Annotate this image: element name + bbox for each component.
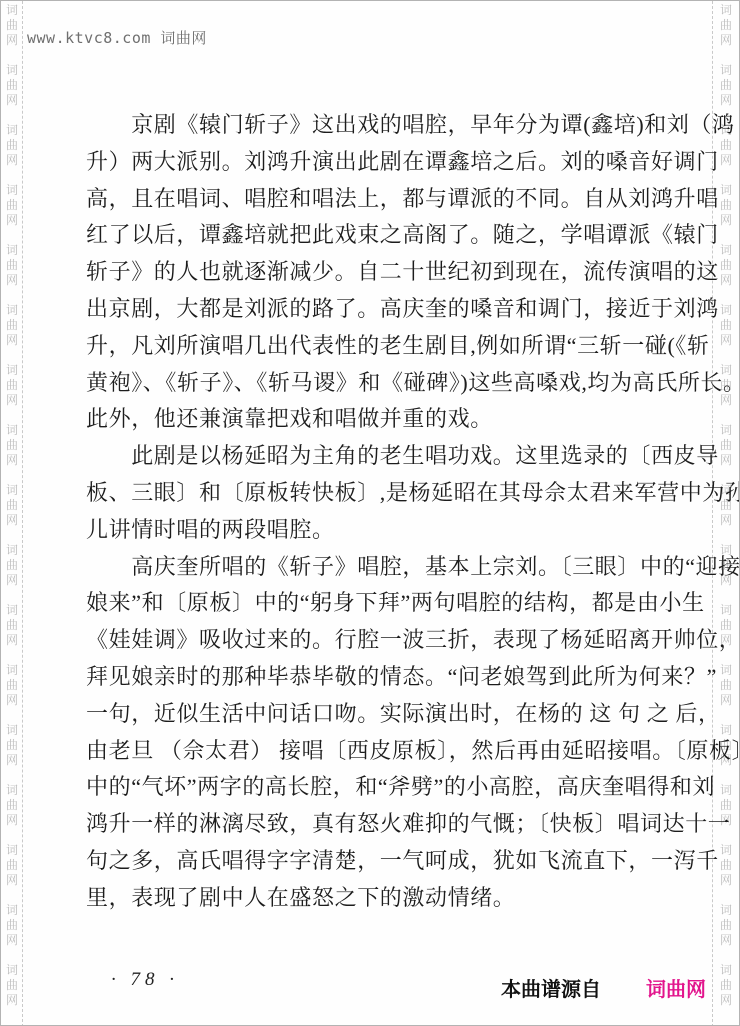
side-watermark-group: 词曲网 <box>6 303 18 348</box>
text-line: 鸿升一样的淋漓尽致，真有怒火难抑的气慨；〔快板〕唱词达十一 <box>86 806 710 843</box>
side-watermark-group: 词曲网 <box>6 663 18 708</box>
side-watermark-group: 词曲网 <box>720 423 732 468</box>
page-number: · 78 · <box>111 969 179 991</box>
text-line: 《娃娃调》吸收过来的。行腔一波三折，表现了杨延昭离开帅位， <box>86 622 710 659</box>
side-watermark-char: 网 <box>720 333 732 348</box>
side-watermark-group: 词曲网 <box>6 603 18 648</box>
side-watermark-char: 词 <box>6 903 18 918</box>
side-watermark-char: 词 <box>720 3 732 18</box>
text-line: 由老旦 （佘太君） 接唱〔西皮原板〕，然后再由延昭接唱。〔原板〕 <box>86 733 710 770</box>
side-watermark-char: 曲 <box>6 258 18 273</box>
side-watermark-char: 曲 <box>6 738 18 753</box>
side-watermark-char: 词 <box>6 723 18 738</box>
side-watermark-group: 词曲网 <box>6 483 18 528</box>
side-watermark-char: 曲 <box>720 138 732 153</box>
side-watermark-char: 网 <box>6 333 18 348</box>
side-watermark-char: 曲 <box>720 918 732 933</box>
side-watermark-char: 词 <box>720 843 732 858</box>
side-watermark-char: 词 <box>6 963 18 978</box>
side-watermark-char: 曲 <box>6 678 18 693</box>
side-watermark-char: 曲 <box>6 378 18 393</box>
side-watermark-char: 网 <box>720 273 732 288</box>
side-watermark-char: 词 <box>720 243 732 258</box>
side-watermark-char: 词 <box>6 63 18 78</box>
side-watermark-char: 曲 <box>720 858 732 873</box>
source-label: 本曲谱源自 <box>501 973 601 1002</box>
text-line: 一句，近似生活中问话口吻。实际演出时，在杨的 这 句 之 后， <box>86 696 710 733</box>
side-watermark-group: 词曲网 <box>720 903 732 948</box>
side-watermark-char: 词 <box>6 243 18 258</box>
side-watermark-char: 网 <box>720 933 732 948</box>
side-watermark-group: 词曲网 <box>6 123 18 168</box>
side-watermark-char: 词 <box>6 183 18 198</box>
side-watermark-char: 网 <box>6 573 18 588</box>
side-watermark-char: 词 <box>6 363 18 378</box>
scanned-book-page: 词曲网词曲网词曲网词曲网词曲网词曲网词曲网词曲网词曲网词曲网词曲网词曲网词曲网词… <box>0 0 740 1026</box>
side-watermark-group: 词曲网 <box>720 963 732 1008</box>
side-watermark-group: 词曲网 <box>720 63 732 108</box>
side-watermark-char: 网 <box>6 933 18 948</box>
side-watermark-char: 网 <box>720 453 732 468</box>
side-watermark-char: 曲 <box>6 78 18 93</box>
side-watermark-char: 网 <box>720 993 732 1008</box>
side-watermark-char: 曲 <box>6 918 18 933</box>
side-watermark-char: 曲 <box>720 258 732 273</box>
side-watermark-char: 网 <box>6 513 18 528</box>
side-watermark-char: 网 <box>720 213 732 228</box>
side-watermark-char: 曲 <box>6 138 18 153</box>
side-watermark-char: 词 <box>720 663 732 678</box>
side-watermark-char: 曲 <box>6 798 18 813</box>
side-watermark-char: 词 <box>6 843 18 858</box>
side-watermark-char: 曲 <box>720 438 732 453</box>
side-watermark-char: 曲 <box>6 438 18 453</box>
side-watermark-char: 网 <box>720 153 732 168</box>
side-watermark-group: 词曲网 <box>6 543 18 588</box>
side-watermark-group: 词曲网 <box>6 363 18 408</box>
text-line: 句之多，高氏唱得字字清楚，一气呵成，犹如飞流直下，一泻千 <box>86 843 710 880</box>
side-watermark-char: 曲 <box>6 18 18 33</box>
side-watermark-group: 词曲网 <box>720 183 732 228</box>
side-watermark-char: 网 <box>6 873 18 888</box>
side-watermark-char: 词 <box>720 903 732 918</box>
article-text-block: 京剧《辕门斩子》这出戏的唱腔，早年分为谭(鑫培)和刘（鸿升）两大派别。刘鸿升演出… <box>86 107 710 917</box>
side-watermark-char: 词 <box>720 423 732 438</box>
side-watermark-char: 词 <box>720 603 732 618</box>
side-watermark-char: 词 <box>6 663 18 678</box>
side-watermark-char: 网 <box>6 813 18 828</box>
side-watermark-char: 词 <box>6 303 18 318</box>
side-watermark-char: 曲 <box>720 18 732 33</box>
side-watermark-char: 网 <box>720 93 732 108</box>
side-watermark-char: 网 <box>6 693 18 708</box>
side-watermark-char: 词 <box>720 963 732 978</box>
side-watermark-char: 词 <box>720 183 732 198</box>
text-line: 此剧是以杨延昭为主角的老生唱功戏。这里选录的〔西皮导 <box>86 438 710 475</box>
side-watermark-char: 网 <box>720 873 732 888</box>
side-watermark-char: 曲 <box>6 858 18 873</box>
text-line: 高，且在唱词、唱腔和唱法上，都与谭派的不同。自从刘鸿升唱 <box>86 181 710 218</box>
text-line: 儿讲情时唱的两段唱腔。 <box>86 512 710 549</box>
side-watermark-char: 网 <box>6 393 18 408</box>
side-watermark-group: 词曲网 <box>6 243 18 288</box>
side-watermark-char: 网 <box>720 33 732 48</box>
side-watermark-char: 词 <box>6 423 18 438</box>
side-watermark-char: 词 <box>6 543 18 558</box>
text-line: 拜见娘亲时的那种毕恭毕敬的情态。“问老娘驾到此所为何来？” <box>86 659 710 696</box>
side-watermark-char: 词 <box>6 783 18 798</box>
text-line: 出京剧，大都是刘派的路了。高庆奎的嗓音和调门，接近于刘鸿 <box>86 291 710 328</box>
text-line: 板、三眼〕和〔原板转快板〕,是杨延昭在其母佘太君来军营中为孙 <box>86 475 710 512</box>
text-line: 京剧《辕门斩子》这出戏的唱腔，早年分为谭(鑫培)和刘（鸿 <box>86 107 710 144</box>
side-watermark-group: 词曲网 <box>6 3 18 48</box>
text-line: 里，表现了剧中人在盛怒之下的激动情绪。 <box>86 880 710 917</box>
side-watermark-group: 词曲网 <box>720 3 732 48</box>
left-dashed-rule <box>22 1 23 1026</box>
side-watermark-char: 网 <box>6 213 18 228</box>
side-watermark-char: 词 <box>720 783 732 798</box>
side-watermark-char: 网 <box>720 393 732 408</box>
side-watermark-group: 词曲网 <box>6 423 18 468</box>
side-watermark-char: 网 <box>6 33 18 48</box>
side-watermark-group: 词曲网 <box>6 183 18 228</box>
text-line: 升，凡刘所演唱几出代表性的老生剧目,例如所谓“三斩一碰(《斩 <box>86 328 710 365</box>
side-watermark-char: 曲 <box>720 318 732 333</box>
side-watermark-char: 词 <box>6 603 18 618</box>
side-watermark-char: 曲 <box>6 498 18 513</box>
side-watermark-char: 曲 <box>720 978 732 993</box>
side-watermark-char: 曲 <box>720 678 732 693</box>
side-watermark-char: 曲 <box>6 978 18 993</box>
side-watermark-char: 网 <box>6 273 18 288</box>
side-watermark-char: 词 <box>720 303 732 318</box>
side-watermark-group: 词曲网 <box>6 903 18 948</box>
text-line: 此外，他还兼演靠把戏和唱做并重的戏。 <box>86 401 710 438</box>
side-watermark-char: 曲 <box>720 78 732 93</box>
text-line: 斩子》的人也就逐渐减少。自二十世纪初到现在，流传演唱的这 <box>86 254 710 291</box>
side-watermark-char: 词 <box>720 63 732 78</box>
side-watermark-char: 曲 <box>720 198 732 213</box>
text-line: 娘来”和〔原板〕中的“躬身下拜”两句唱腔的结构，都是由小生 <box>86 585 710 622</box>
side-watermark-char: 词 <box>6 3 18 18</box>
left-watermark-column: 词曲网词曲网词曲网词曲网词曲网词曲网词曲网词曲网词曲网词曲网词曲网词曲网词曲网词… <box>4 3 20 1023</box>
text-line: 中的“气坏”两字的高长腔，和“斧劈”的小高腔，高庆奎唱得和刘 <box>86 769 710 806</box>
side-watermark-group: 词曲网 <box>720 303 732 348</box>
source-brand-logo: 词曲网 <box>646 973 706 1002</box>
side-watermark-group: 词曲网 <box>720 663 732 708</box>
side-watermark-char: 曲 <box>6 198 18 213</box>
side-watermark-group: 词曲网 <box>6 963 18 1008</box>
side-watermark-group: 词曲网 <box>720 243 732 288</box>
side-watermark-char: 词 <box>6 123 18 138</box>
side-watermark-group: 词曲网 <box>6 63 18 108</box>
side-watermark-char: 词 <box>6 483 18 498</box>
side-watermark-char: 网 <box>6 993 18 1008</box>
side-watermark-group: 词曲网 <box>6 843 18 888</box>
side-watermark-group: 词曲网 <box>6 723 18 768</box>
side-watermark-group: 词曲网 <box>720 843 732 888</box>
side-watermark-char: 网 <box>720 513 732 528</box>
side-watermark-char: 网 <box>720 693 732 708</box>
side-watermark-char: 网 <box>6 633 18 648</box>
text-line: 黄袍》、《斩子》、《斩马谡》和《碰碑》)这些高嗓戏,均为高氏所长。 <box>86 365 710 402</box>
right-watermark-column: 词曲网词曲网词曲网词曲网词曲网词曲网词曲网词曲网词曲网词曲网词曲网词曲网词曲网词… <box>718 3 734 1023</box>
side-watermark-char: 网 <box>6 93 18 108</box>
side-watermark-char: 网 <box>6 153 18 168</box>
text-line: 升）两大派别。刘鸿升演出此剧在谭鑫培之后。刘的嗓音好调门 <box>86 144 710 181</box>
side-watermark-char: 网 <box>6 753 18 768</box>
side-watermark-char: 曲 <box>6 558 18 573</box>
side-watermark-char: 网 <box>6 453 18 468</box>
site-url-watermark: www.ktvc8.com 词曲网 <box>27 27 207 48</box>
side-watermark-char: 词 <box>720 723 732 738</box>
text-line: 高庆奎所唱的《斩子》唱腔，基本上宗刘。〔三眼〕中的“迎接 <box>86 549 710 586</box>
text-line: 红了以后，谭鑫培就把此戏束之高阁了。随之，学唱谭派《辕门 <box>86 217 710 254</box>
side-watermark-char: 曲 <box>6 618 18 633</box>
side-watermark-group: 词曲网 <box>6 783 18 828</box>
side-watermark-char: 曲 <box>6 318 18 333</box>
